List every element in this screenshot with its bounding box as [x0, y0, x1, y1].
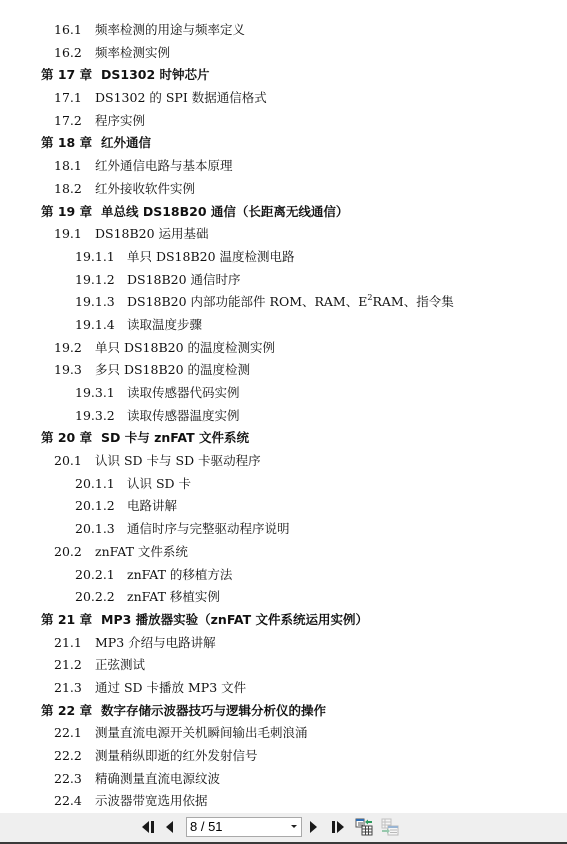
toc-chapter[interactable]: 第 17 章DS1302 时钟芯片	[0, 64, 567, 87]
toc-entry[interactable]: 18.2红外接收软件实例	[0, 178, 567, 201]
toc-subentry[interactable]: 19.1.3DS18B20 内部功能部件 ROM、RAM、E2RAM、指令集	[0, 291, 567, 314]
chapter-number: 第 22 章	[41, 700, 92, 723]
toc-number: 19.1	[54, 223, 82, 246]
toc-entry[interactable]: 19.1DS18B20 运用基础	[0, 223, 567, 246]
toc-entry[interactable]: 17.2程序实例	[0, 110, 567, 133]
toc-title: 频率检测的用途与频率定义	[95, 19, 245, 42]
toc-title-part: RAM、指令集	[372, 294, 453, 309]
toc-entry[interactable]: 22.4示波器带宽选用依据	[0, 790, 567, 813]
toc-title: znFAT 移植实例	[127, 586, 220, 609]
toc-entry[interactable]: 17.1DS1302 的 SPI 数据通信格式	[0, 87, 567, 110]
toc-entry[interactable]: 19.2单只 DS18B20 的温度检测实例	[0, 337, 567, 360]
toc-title: 测量稍纵即逝的红外发射信号	[95, 745, 258, 768]
chapter-title: 红外通信	[101, 132, 151, 155]
toc-number: 19.2	[54, 337, 82, 360]
toc-number: 22.1	[54, 722, 82, 745]
chapter-number: 第 17 章	[41, 64, 92, 87]
toc-chapter[interactable]: 第 21 章MP3 播放器实验（znFAT 文件系统运用实例）	[0, 609, 567, 632]
table-of-contents: 16.1频率检测的用途与频率定义 16.2频率检测实例 第 17 章DS1302…	[0, 19, 567, 813]
toc-number: 21.1	[54, 632, 82, 655]
toc-title: 示波器带宽选用依据	[95, 790, 208, 813]
toc-entry[interactable]: 21.1MP3 介绍与电路讲解	[0, 632, 567, 655]
toc-entry[interactable]: 19.3多只 DS18B20 的温度检测	[0, 359, 567, 382]
toc-entry[interactable]: 20.1认识 SD 卡与 SD 卡驱动程序	[0, 450, 567, 473]
toc-title: 认识 SD 卡	[127, 473, 191, 496]
toc-title: 程序实例	[95, 110, 145, 133]
toc-entry[interactable]: 18.1红外通信电路与基本原理	[0, 155, 567, 178]
toc-title: 红外通信电路与基本原理	[95, 155, 233, 178]
toc-entry[interactable]: 16.1频率检测的用途与频率定义	[0, 19, 567, 42]
toc-entry[interactable]: 21.3通过 SD 卡播放 MP3 文件	[0, 677, 567, 700]
toc-title: 测量直流电源开关机瞬间输出毛刺浪涌	[95, 722, 308, 745]
toc-number: 19.3	[54, 359, 82, 382]
page-selector[interactable]	[186, 817, 302, 837]
previous-page-icon	[164, 820, 176, 834]
toc-chapter[interactable]: 第 22 章数字存储示波器技巧与逻辑分析仪的操作	[0, 700, 567, 723]
chapter-number: 第 19 章	[41, 201, 92, 224]
toc-title: DS1302 的 SPI 数据通信格式	[95, 87, 267, 110]
toc-number: 20.1.2	[75, 495, 115, 518]
toc-number: 19.1.3	[75, 291, 115, 314]
toc-title: 通信时序与完整驱动程序说明	[127, 518, 290, 541]
toc-title: znFAT 文件系统	[95, 541, 188, 564]
toc-number: 17.1	[54, 87, 82, 110]
toc-title: DS18B20 内部功能部件 ROM、RAM、E2RAM、指令集	[127, 291, 454, 314]
toc-subentry[interactable]: 20.1.1认识 SD 卡	[0, 473, 567, 496]
next-page-icon	[307, 820, 319, 834]
toc-number: 19.1.4	[75, 314, 115, 337]
toc-title: 单只 DS18B20 的温度检测实例	[95, 337, 275, 360]
toc-number: 20.1.1	[75, 473, 115, 496]
toc-entry[interactable]: 22.1测量直流电源开关机瞬间输出毛刺浪涌	[0, 722, 567, 745]
toc-title: 红外接收软件实例	[95, 178, 195, 201]
toc-number: 16.2	[54, 42, 82, 65]
toc-title: 频率检测实例	[95, 42, 170, 65]
toc-number: 20.2	[54, 541, 82, 564]
toc-number: 18.2	[54, 178, 82, 201]
document-page: 16.1频率检测的用途与频率定义 16.2频率检测实例 第 17 章DS1302…	[0, 0, 567, 813]
chapter-title: 数字存储示波器技巧与逻辑分析仪的操作	[101, 700, 326, 723]
toc-chapter[interactable]: 第 19 章单总线 DS18B20 通信（长距离无线通信）	[0, 201, 567, 224]
toc-title: 单只 DS18B20 温度检测电路	[127, 246, 295, 269]
toc-subentry[interactable]: 19.1.2DS18B20 通信时序	[0, 269, 567, 292]
chapter-title: SD 卡与 znFAT 文件系统	[101, 427, 249, 450]
page-navigation-toolbar	[0, 813, 567, 844]
toc-title: 电路讲解	[127, 495, 177, 518]
toc-number: 18.1	[54, 155, 82, 178]
toc-number: 22.3	[54, 768, 82, 791]
toc-number: 19.3.2	[75, 405, 115, 428]
toc-title: 读取温度步骤	[127, 314, 202, 337]
toc-title: 精确测量直流电源纹波	[95, 768, 220, 791]
toc-subentry[interactable]: 19.3.1读取传感器代码实例	[0, 382, 567, 405]
toc-title: 读取传感器代码实例	[127, 382, 240, 405]
page-view-disabled-icon	[381, 818, 399, 836]
last-page-icon	[330, 820, 346, 834]
chapter-title: 单总线 DS18B20 通信（长距离无线通信）	[101, 201, 348, 224]
toc-number: 20.1.3	[75, 518, 115, 541]
page-view-button[interactable]	[354, 817, 374, 837]
toc-number: 20.2.1	[75, 564, 115, 587]
toc-number: 19.1.1	[75, 246, 115, 269]
first-page-button[interactable]	[139, 817, 159, 837]
page-view-disabled-button[interactable]	[380, 817, 400, 837]
chapter-title: MP3 播放器实验（znFAT 文件系统运用实例）	[101, 609, 368, 632]
toc-subentry[interactable]: 19.3.2读取传感器温度实例	[0, 405, 567, 428]
toc-number: 17.2	[54, 110, 82, 133]
toc-entry[interactable]: 22.3精确测量直流电源纹波	[0, 768, 567, 791]
toc-number: 22.4	[54, 790, 82, 813]
page-number-input[interactable]	[190, 818, 280, 836]
toc-subentry[interactable]: 20.2.2znFAT 移植实例	[0, 586, 567, 609]
toc-title-part: DS18B20 内部功能部件 ROM、RAM、E	[127, 294, 367, 309]
toc-number: 20.2.2	[75, 586, 115, 609]
toc-title: DS18B20 通信时序	[127, 269, 241, 292]
toc-number: 21.2	[54, 654, 82, 677]
chapter-number: 第 21 章	[41, 609, 92, 632]
toc-title: 多只 DS18B20 的温度检测	[95, 359, 250, 382]
first-page-icon	[141, 820, 157, 834]
toc-title: 读取传感器温度实例	[127, 405, 240, 428]
chapter-number: 第 18 章	[41, 132, 92, 155]
toc-subentry[interactable]: 19.1.4读取温度步骤	[0, 314, 567, 337]
toc-number: 16.1	[54, 19, 82, 42]
toc-subentry[interactable]: 20.1.2电路讲解	[0, 495, 567, 518]
toc-title: 通过 SD 卡播放 MP3 文件	[95, 677, 246, 700]
toc-entry[interactable]: 21.2正弦测试	[0, 654, 567, 677]
toc-title: MP3 介绍与电路讲解	[95, 632, 216, 655]
toc-number: 19.1.2	[75, 269, 115, 292]
toc-entry[interactable]: 16.2频率检测实例	[0, 42, 567, 65]
toc-number: 22.2	[54, 745, 82, 768]
chevron-down-icon[interactable]	[291, 825, 297, 828]
toc-title: 正弦测试	[95, 654, 145, 677]
last-page-button[interactable]	[328, 817, 348, 837]
toc-subentry[interactable]: 19.1.1单只 DS18B20 温度检测电路	[0, 246, 567, 269]
previous-page-button[interactable]	[160, 817, 180, 837]
toc-chapter[interactable]: 第 20 章SD 卡与 znFAT 文件系统	[0, 427, 567, 450]
toc-number: 19.3.1	[75, 382, 115, 405]
toc-subentry[interactable]: 20.1.3通信时序与完整驱动程序说明	[0, 518, 567, 541]
toc-subentry[interactable]: 20.2.1znFAT 的移植方法	[0, 564, 567, 587]
toc-number: 20.1	[54, 450, 82, 473]
toc-entry[interactable]: 20.2znFAT 文件系统	[0, 541, 567, 564]
toc-title: znFAT 的移植方法	[127, 564, 232, 587]
page-view-icon	[355, 818, 373, 836]
chapter-title: DS1302 时钟芯片	[101, 64, 210, 87]
next-page-button[interactable]	[303, 817, 323, 837]
toc-chapter[interactable]: 第 18 章红外通信	[0, 132, 567, 155]
toc-title: DS18B20 运用基础	[95, 223, 209, 246]
chapter-number: 第 20 章	[41, 427, 92, 450]
toc-title: 认识 SD 卡与 SD 卡驱动程序	[95, 450, 261, 473]
toc-number: 21.3	[54, 677, 82, 700]
toc-entry[interactable]: 22.2测量稍纵即逝的红外发射信号	[0, 745, 567, 768]
